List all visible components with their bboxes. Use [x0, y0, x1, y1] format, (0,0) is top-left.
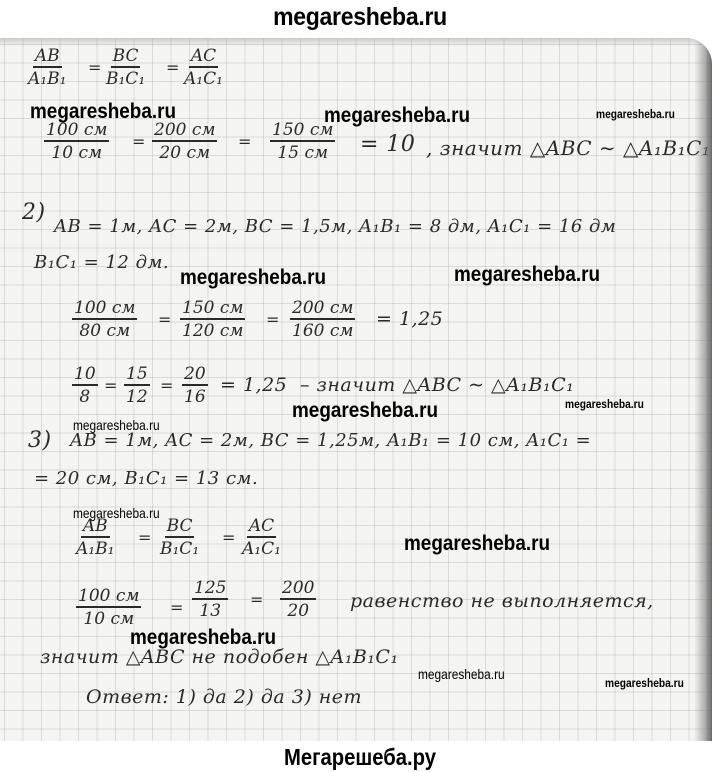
denominator: 10 см [49, 142, 104, 164]
final-answer: Ответ: 1) да 2) да 3) нет [86, 686, 362, 708]
fraction-20-16: 20 16 [182, 364, 208, 408]
watermark: megaresheba.ru [596, 107, 675, 121]
ratio-result: = 1,25 [220, 374, 287, 396]
fraction-10-8: 10 8 [72, 364, 98, 408]
numerator: AB [33, 46, 62, 68]
denominator: 13 [197, 600, 223, 622]
denominator: A₁B₁ [74, 538, 116, 560]
fraction-bc-b1c1: BC B₁C₁ [158, 516, 201, 560]
watermark: megaresheba.ru [73, 505, 160, 521]
numerator: 150 см [180, 298, 245, 320]
watermark: megaresheba.ru [418, 666, 505, 682]
watermark: megaresheba.ru [565, 397, 644, 411]
equals-sign: = [104, 376, 117, 395]
fraction-ac-a1c1: AC A₁C₁ [240, 516, 283, 560]
denominator: A₁C₁ [240, 538, 283, 560]
numerator: 200 [280, 578, 316, 600]
denominator: B₁C₁ [158, 538, 201, 560]
denominator: 15 см [275, 142, 330, 164]
denominator: 20 [285, 600, 311, 622]
denominator: 20 см [157, 142, 212, 164]
equals-sign: = [266, 310, 279, 329]
part-label-2: 2) [22, 200, 46, 225]
watermark: megaresheba.ru [180, 266, 326, 290]
equals-sign: = [238, 132, 251, 151]
watermark: megaresheba.ru [605, 676, 684, 690]
numerator: 10 [72, 364, 98, 386]
fraction-150-120: 150 см 120 см [180, 298, 245, 342]
fraction-bc-b1c1: BC B₁C₁ [104, 46, 147, 90]
fraction-200-20: 200 см 20 см [152, 120, 217, 164]
fraction-ab-a1b1: AB A₁B₁ [74, 516, 116, 560]
denominator: 160 см [290, 320, 355, 342]
numerator: 200 см [290, 298, 355, 320]
fraction-100-80: 100 см 80 см [72, 298, 137, 342]
watermark: megaresheba.ru [404, 532, 550, 556]
equals-sign: = [170, 598, 183, 617]
equals-sign: = [222, 528, 235, 547]
numerator: 100 см [72, 298, 137, 320]
fraction-125-13: 125 13 [192, 578, 228, 622]
remark-equality-fails: равенство не выполняется, [350, 590, 654, 612]
ratio-result: = 1,25 [376, 308, 443, 330]
watermark: megaresheba.ru [292, 399, 438, 423]
numerator: BC [165, 516, 195, 538]
equals-sign: = [158, 310, 171, 329]
denominator: 80 см [77, 320, 132, 342]
given-line: = 20 см, B₁C₁ = 13 см. [34, 468, 258, 489]
part-label-3: 3) [28, 428, 52, 453]
denominator: B₁C₁ [104, 68, 147, 90]
fraction-15-12: 15 12 [124, 364, 150, 408]
site-footer[interactable]: Мегарешеба.ру [43, 742, 677, 772]
denominator: 120 см [180, 320, 245, 342]
numerator: 20 [182, 364, 208, 386]
denominator: 16 [182, 386, 208, 408]
numerator: AC [247, 516, 276, 538]
fraction-100-10: 100 см 10 см [44, 120, 109, 164]
given-line: AB = 1м, AC = 2м, BC = 1,25м, A₁B₁ = 10 … [70, 430, 591, 451]
equals-sign: = [88, 58, 101, 77]
watermark: megaresheba.ru [454, 263, 600, 287]
fraction-100-10: 100 см 10 см [76, 586, 141, 630]
denominator: A₁C₁ [182, 68, 225, 90]
conclusion-similar: – значит △ABC ∼ △A₁B₁C₁ [300, 374, 574, 396]
equals-sign: = [160, 376, 173, 395]
numerator: AC [189, 46, 218, 68]
fraction-200-20: 200 20 [280, 578, 316, 622]
denominator: 8 [77, 386, 92, 408]
denominator: 10 см [81, 608, 136, 630]
fraction-ab-a1b1: AB A₁B₁ [26, 46, 68, 90]
watermark: megaresheba.ru [30, 100, 176, 124]
denominator: 12 [124, 386, 150, 408]
equals-sign: = [250, 590, 263, 609]
numerator: 125 [192, 578, 228, 600]
watermark: megaresheba.ru [130, 626, 276, 650]
equals-sign: = [138, 528, 151, 547]
watermark: megaresheba.ru [324, 104, 470, 128]
fraction-200-160: 200 см 160 см [290, 298, 355, 342]
site-header[interactable]: megaresheba.ru [29, 0, 691, 38]
numerator: 100 см [76, 586, 141, 608]
equals-sign: = [166, 58, 179, 77]
conclusion-similar: , значит △ABC ∼ △A₁B₁C₁ [426, 136, 710, 160]
given-line: B₁C₁ = 12 дм. [34, 252, 169, 273]
numerator: 15 [124, 364, 150, 386]
fraction-ac-a1c1: AC A₁C₁ [182, 46, 225, 90]
denominator: A₁B₁ [26, 68, 68, 90]
given-line: AB = 1м, AC = 2м, BC = 1,5м, A₁B₁ = 8 дм… [54, 216, 616, 237]
watermark: megaresheba.ru [73, 417, 160, 433]
notebook-page: AB A₁B₁ = BC B₁C₁ = AC A₁C₁ 100 см 10 см… [0, 38, 712, 741]
numerator: BC [111, 46, 141, 68]
ratio-result: = 10 [360, 132, 415, 157]
equals-sign: = [132, 132, 145, 151]
